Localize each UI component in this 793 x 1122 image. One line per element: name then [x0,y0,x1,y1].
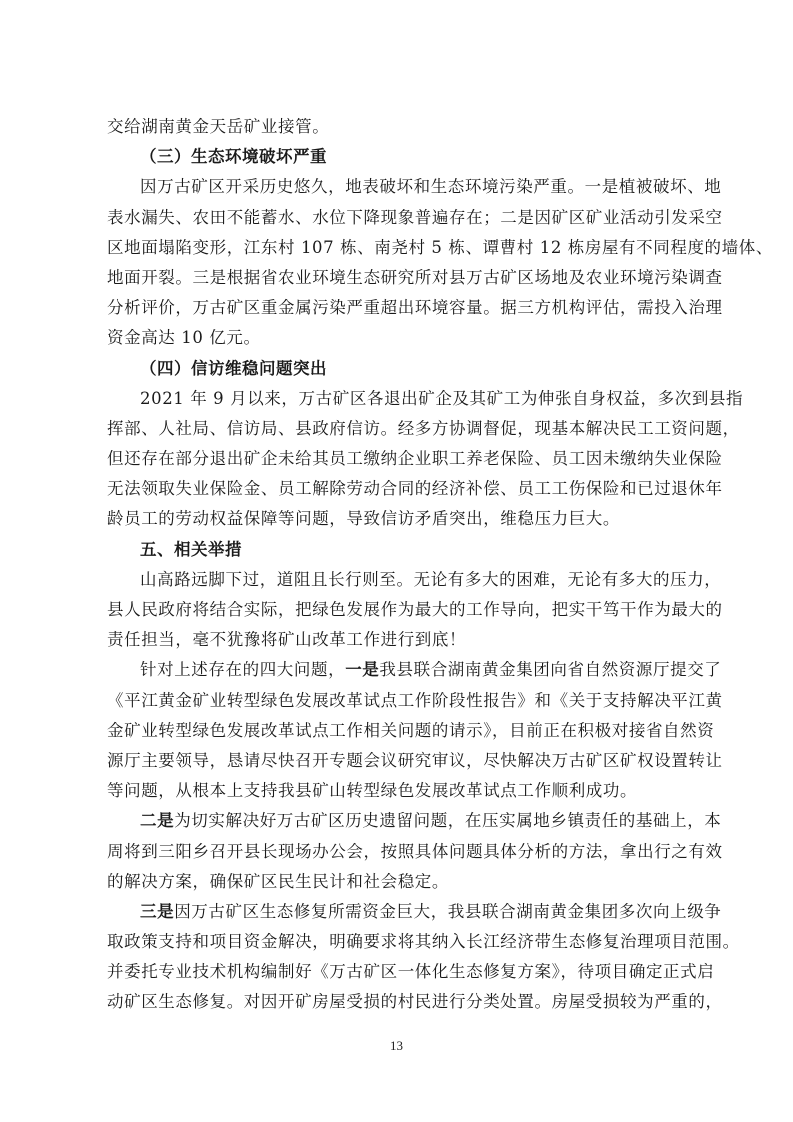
paragraph-line: 《平江黄金矿业转型绿色发展改革试点工作阶段性报告》和《关于支持解决平江黄 [107,686,685,716]
paragraph-line: 地面开裂。三是根据省农业环境生态研究所对县万古矿区场地及农业环境污染调查 [107,263,685,293]
paragraph-line: 资金高达 10 亿元。 [107,323,685,353]
paragraph-line: 动矿区生态修复。对因开矿房屋受损的村民进行分类处置。房屋受损较为严重的， [107,987,685,1017]
paragraph-line: 周将到三阳乡召开县长现场办公会，按照具体问题具体分析的方法，拿出行之有效 [107,837,685,867]
section-heading-5: 五、相关举措 [107,535,685,565]
paragraph-line: 金矿业转型绿色发展改革试点工作相关问题的请示》，目前正在积极对接省自然资 [107,716,685,746]
section-heading-3: （三）生态环境破坏严重 [107,142,685,172]
paragraph-line: 针对上述存在的四大问题，一是我县联合湖南黄金集团向省自然资源厅提交了 [107,655,685,685]
paragraph-line: 表水漏失、农田不能蓄水、水位下降现象普遍存在；二是因矿区矿业活动引发采空 [107,203,685,233]
section-heading-4: （四）信访维稳问题突出 [107,354,685,384]
bold-lead: 三是 [140,902,174,921]
paragraph-line: 等问题，从根本上支持我县矿山转型绿色发展改革试点工作顺利成功。 [107,776,685,806]
page-number: 13 [0,1038,793,1054]
paragraph-line: 县人民政府将结合实际，把绿色发展作为最大的工作导向，把实干笃干作为最大的 [107,595,685,625]
paragraph-line: 区地面塌陷变形，江东村 107 栋、南尧村 5 栋、谭曹村 12 栋房屋有不同程… [107,233,685,263]
paragraph-line: 源厅主要领导，恳请尽快召开专题会议研究审议，尽快解决万古矿区矿权设置转让 [107,746,685,776]
line-text: 因万古矿区生态修复所需资金巨大，我县联合湖南黄金集团多次向上级争 [174,902,721,921]
line-text: 为切实解决好万古矿区历史遗留问题，在压实属地乡镇责任的基础上，本 [174,811,721,830]
bold-lead: 二是 [140,811,174,830]
document-body: 交给湖南黄金天岳矿业接管。 （三）生态环境破坏严重 因万古矿区开采历史悠久，地表… [107,112,685,1018]
bold-lead: 一是 [345,660,379,679]
paragraph-line: 二是为切实解决好万古矿区历史遗留问题，在压实属地乡镇责任的基础上，本 [107,806,685,836]
line-text: 我县联合湖南黄金集团向省自然资源厅提交了 [379,660,721,679]
paragraph-line: 因万古矿区开采历史悠久，地表破坏和生态环境污染严重。一是植被破坏、地 [107,172,685,202]
paragraph-line: 责任担当，毫不犹豫将矿山改革工作进行到底！ [107,625,685,655]
paragraph-line: 2021 年 9 月以来，万古矿区各退出矿企及其矿工为伸张自身权益，多次到县指 [107,384,685,414]
paragraph-line: 取政策支持和项目资金解决，明确要求将其纳入长江经济带生态修复治理项目范围。 [107,927,685,957]
paragraph-line: 龄员工的劳动权益保障等问题，导致信访矛盾突出，维稳压力巨大。 [107,504,685,534]
paragraph-line: 交给湖南黄金天岳矿业接管。 [107,112,685,142]
paragraph-line: 并委托专业技术机构编制好《万古矿区一体化生态修复方案》，待项目确定正式启 [107,957,685,987]
paragraph-line: 但还存在部分退出矿企未给其员工缴纳企业职工养老保险、员工因未缴纳失业保险 [107,444,685,474]
paragraph-line: 山高路远脚下过，道阻且长行则至。无论有多大的困难，无论有多大的压力， [107,565,685,595]
paragraph-line: 无法领取失业保险金、员工解除劳动合同的经济补偿、员工工伤保险和已过退休年 [107,474,685,504]
paragraph-line: 挥部、人社局、信访局、县政府信访。经多方协调督促，现基本解决民工工资问题， [107,414,685,444]
paragraph-line: 三是因万古矿区生态修复所需资金巨大，我县联合湖南黄金集团多次向上级争 [107,897,685,927]
paragraph-line: 的解决方案，确保矿区民生民计和社会稳定。 [107,867,685,897]
paragraph-line: 分析评价，万古矿区重金属污染严重超出环境容量。据三方机构评估，需投入治理 [107,293,685,323]
lead-text: 针对上述存在的四大问题， [140,660,345,679]
